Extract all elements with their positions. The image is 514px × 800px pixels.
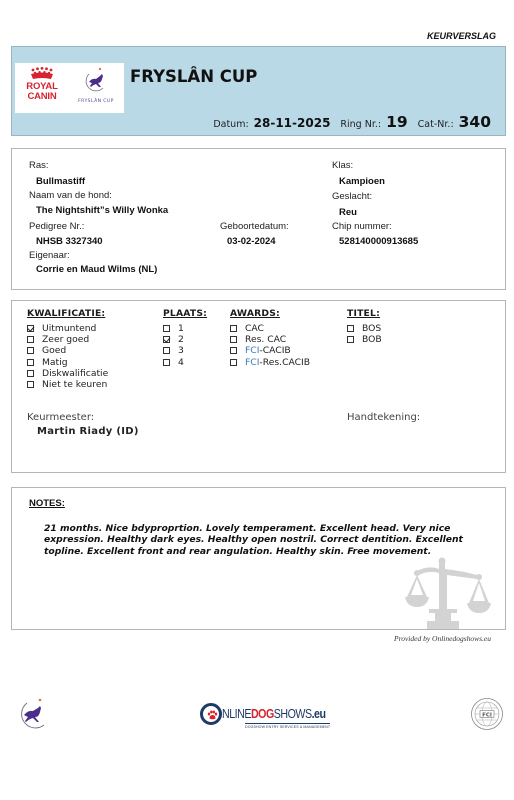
pedigree-label: Pedigree Nr.: [29,221,84,232]
option-item[interactable]: 3 [163,345,184,356]
sex-value: Reu [339,207,357,218]
option-item[interactable]: Zeer goed [27,334,108,345]
date-value: 28-11-2025 [254,116,331,130]
option-label: 4 [178,357,184,368]
chip-value: 528140000913685 [339,236,418,247]
judge-name: Martin Riady (ID) [37,426,139,437]
checkbox[interactable] [27,359,34,366]
option-label: Res. CAC [245,334,286,345]
birthdate-label: Geboortedatum: [220,221,289,232]
checkbox[interactable] [230,347,237,354]
option-item[interactable]: Uitmuntend [27,323,108,334]
judging-section: KWALIFICATIE: UitmuntendZeer goedGoedMat… [11,300,506,473]
scales-of-justice-icon [403,555,495,630]
show-header: ROYAL CANIN FRYSLÂN CUP FRYSLÂN CUP Datu… [11,46,506,136]
checkbox[interactable] [230,336,237,343]
onlinedogshows-logo: NLINEDOGSHOWS.eu DOGSHOW ENTRY SERVICES … [200,702,322,732]
chip-label: Chip nummer: [332,221,392,232]
qualification-heading: KWALIFICATIE: [27,308,105,319]
catalog-value: 340 [459,113,491,131]
notes-section: NOTES: 21 months. Nice bdyproprtion. Lov… [11,487,506,630]
checkbox[interactable] [230,359,237,366]
option-label: BOB [362,334,382,345]
option-label: 2 [178,334,184,345]
royal-canin-logo: ROYAL CANIN [21,67,63,109]
ring-value: 19 [386,113,408,131]
date-label: Datum: [213,119,248,130]
owner-value: Corrie en Maud Wilms (NL) [36,264,157,275]
ods-wordmark: NLINEDOGSHOWS.eu [222,706,325,721]
fryslan-cup-footer-logo [18,697,50,729]
pedigree-value: NHSB 3327340 [36,236,103,247]
option-item[interactable]: Niet te keuren [27,379,108,390]
fci-prefix: FCI [245,357,259,368]
title-options: BOSBOB [347,323,382,345]
signature-label: Handtekening: [347,412,420,423]
checked-checkbox[interactable] [27,325,34,332]
class-label: Klas: [332,160,353,171]
catalog-label: Cat-Nr.: [418,119,454,130]
option-item[interactable]: FCI-Res.CACIB [230,357,310,368]
checkbox[interactable] [163,347,170,354]
checkbox[interactable] [27,381,34,388]
dog-info-section: Ras: Bullmastiff Naam van de hond: The N… [11,148,506,290]
title-heading: TITEL: [347,308,380,319]
option-label: Matig [42,357,68,368]
option-item[interactable]: CAC [230,323,310,334]
option-item[interactable]: BOS [347,323,382,334]
checkbox[interactable] [347,325,354,332]
fryslan-cup-logo: FRYSLÂN CUP [71,66,121,112]
ods-o-circle [200,703,222,725]
svg-text:FCI: FCI [482,712,492,718]
checkbox[interactable] [230,325,237,332]
option-item[interactable]: BOB [347,334,382,345]
crown-icon [29,67,55,81]
option-label: FCI-CACIB [245,345,291,356]
qualification-options: UitmuntendZeer goedGoedMatigDiskwalifica… [27,323,108,390]
option-label: Uitmuntend [42,323,96,334]
option-label: Goed [42,345,66,356]
checkbox[interactable] [347,336,354,343]
running-dog-icon [84,66,108,92]
show-meta: Datum: 28-11-2025 Ring Nr.: 19 Cat-Nr.: … [213,113,491,131]
awards-options: CACRes. CACFCI-CACIBFCI-Res.CACIB [230,323,310,368]
notes-text: 21 months. Nice bdyproprtion. Lovely tem… [44,523,469,557]
birthdate-value: 03-02-2024 [227,236,276,247]
option-label: Diskwalificatie [42,368,108,379]
option-item[interactable]: Res. CAC [230,334,310,345]
checkbox[interactable] [27,347,34,354]
show-title: FRYSLÂN CUP [130,67,257,86]
checked-checkbox[interactable] [163,336,170,343]
royal-canin-wordmark: ROYAL CANIN [21,82,63,102]
ring-label: Ring Nr.: [340,119,381,130]
option-label: CAC [245,323,264,334]
sex-label: Geslacht: [332,191,372,202]
paw-icon [207,710,218,721]
class-value: Kampioen [339,176,385,187]
placement-heading: PLAATS: [163,308,207,319]
checkbox[interactable] [163,325,170,332]
option-label: BOS [362,323,381,334]
option-item[interactable]: 1 [163,323,184,334]
option-item[interactable]: 2 [163,334,184,345]
judge-label: Keurmeester: [27,412,94,423]
option-item[interactable]: 4 [163,357,184,368]
checkbox[interactable] [27,370,34,377]
dog-name-value: The Nightshift”s Willy Wonka [36,205,168,216]
breed-value: Bullmastiff [36,176,85,187]
owner-label: Eigenaar: [29,250,70,261]
checkbox[interactable] [163,359,170,366]
option-item[interactable]: Diskwalificatie [27,368,108,379]
dog-name-label: Naam van de hond: [29,190,112,201]
notes-heading: NOTES: [29,498,65,509]
fci-logo: FCI [470,697,504,731]
option-label: FCI-Res.CACIB [245,357,310,368]
option-label: Zeer goed [42,334,89,345]
logo-panel: ROYAL CANIN FRYSLÂN CUP [15,63,124,113]
fci-prefix: FCI [245,345,259,356]
placement-options: 1234 [163,323,184,368]
breed-label: Ras: [29,160,49,171]
ods-tagline: DOGSHOW ENTRY SERVICES & MANAGEMENT [245,723,330,729]
checkbox[interactable] [27,336,34,343]
option-label: 3 [178,345,184,356]
provided-by-text: Provided by Onlinedogshows.eu [394,634,491,643]
awards-heading: AWARDS: [230,308,280,319]
option-item[interactable]: FCI-CACIB [230,345,310,356]
option-label: Niet te keuren [42,379,107,390]
option-item[interactable]: Matig [27,357,108,368]
document-type-label: KEURVERSLAG [427,31,496,41]
option-item[interactable]: Goed [27,345,108,356]
option-label: 1 [178,323,184,334]
